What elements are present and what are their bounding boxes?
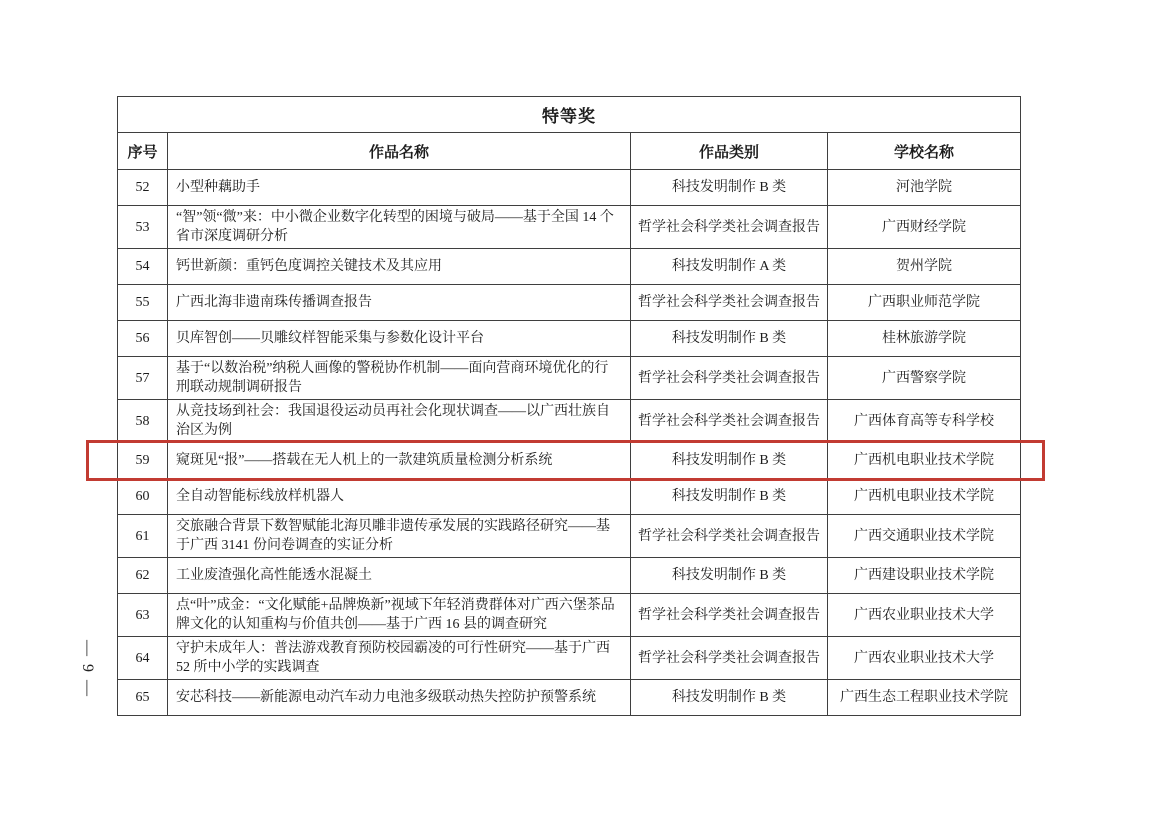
table-row: 61交旅融合背景下数智赋能北海贝雕非遗传承发展的实践路径研究——基于广西 314… <box>118 515 1021 558</box>
cell-category: 科技发明制作 B 类 <box>631 443 828 479</box>
cell-no: 59 <box>118 443 168 479</box>
cell-school: 广西交通职业技术学院 <box>828 515 1021 558</box>
cell-school: 广西机电职业技术学院 <box>828 479 1021 515</box>
cell-category: 科技发明制作 B 类 <box>631 558 828 594</box>
cell-no: 58 <box>118 400 168 443</box>
table-title: 特等奖 <box>118 97 1021 133</box>
cell-title: 广西北海非遗南珠传播调查报告 <box>168 285 631 321</box>
cell-category: 科技发明制作 B 类 <box>631 479 828 515</box>
cell-school: 广西建设职业技术学院 <box>828 558 1021 594</box>
cell-school: 广西生态工程职业技术学院 <box>828 680 1021 716</box>
cell-school: 广西职业师范学院 <box>828 285 1021 321</box>
column-header-title: 作品名称 <box>168 133 631 170</box>
cell-category: 科技发明制作 A 类 <box>631 249 828 285</box>
cell-title: 钙世新颜：重钙色度调控关键技术及其应用 <box>168 249 631 285</box>
cell-title: 贝库智创——贝雕纹样智能采集与参数化设计平台 <box>168 321 631 357</box>
cell-category: 哲学社会科学类社会调查报告 <box>631 357 828 400</box>
table-row: 54钙世新颜：重钙色度调控关键技术及其应用科技发明制作 A 类贺州学院 <box>118 249 1021 285</box>
side-page-number: — 9 — <box>74 624 96 714</box>
cell-school: 桂林旅游学院 <box>828 321 1021 357</box>
table-row: 59窥斑见“报”——搭载在无人机上的一款建筑质量检测分析系统科技发明制作 B 类… <box>118 443 1021 479</box>
cell-title: 小型种藕助手 <box>168 170 631 206</box>
cell-title: 基于“以数治税”纳税人画像的警税协作机制——面向营商环境优化的行刑联动规制调研报… <box>168 357 631 400</box>
table-row: 57基于“以数治税”纳税人画像的警税协作机制——面向营商环境优化的行刑联动规制调… <box>118 357 1021 400</box>
cell-no: 61 <box>118 515 168 558</box>
cell-title: 从竞技场到社会：我国退役运动员再社会化现状调查——以广西壮族自治区为例 <box>168 400 631 443</box>
table-row: 64守护未成年人：普法游戏教育预防校园霸凌的可行性研究——基于广西 52 所中小… <box>118 637 1021 680</box>
cell-no: 62 <box>118 558 168 594</box>
cell-school: 贺州学院 <box>828 249 1021 285</box>
column-header-serial: 序号 <box>118 133 168 170</box>
cell-no: 52 <box>118 170 168 206</box>
table-title-row: 特等奖 <box>118 97 1021 133</box>
table-header-row: 序号 作品名称 作品类别 学校名称 <box>118 133 1021 170</box>
cell-category: 哲学社会科学类社会调查报告 <box>631 206 828 249</box>
cell-no: 55 <box>118 285 168 321</box>
table-row: 56贝库智创——贝雕纹样智能采集与参数化设计平台科技发明制作 B 类桂林旅游学院 <box>118 321 1021 357</box>
cell-category: 科技发明制作 B 类 <box>631 170 828 206</box>
cell-category: 科技发明制作 B 类 <box>631 680 828 716</box>
table-row: 55广西北海非遗南珠传播调查报告哲学社会科学类社会调查报告广西职业师范学院 <box>118 285 1021 321</box>
cell-title: 守护未成年人：普法游戏教育预防校园霸凌的可行性研究——基于广西 52 所中小学的… <box>168 637 631 680</box>
cell-title: 安芯科技——新能源电动汽车动力电池多级联动热失控防护预警系统 <box>168 680 631 716</box>
cell-title: “智”领“微”来：中小微企业数字化转型的困境与破局——基于全国 14 个省市深度… <box>168 206 631 249</box>
cell-school: 广西体育高等专科学校 <box>828 400 1021 443</box>
cell-no: 53 <box>118 206 168 249</box>
table-row: 62工业废渣强化高性能透水混凝土科技发明制作 B 类广西建设职业技术学院 <box>118 558 1021 594</box>
table-row: 60全自动智能标线放样机器人科技发明制作 B 类广西机电职业技术学院 <box>118 479 1021 515</box>
document-page: — 9 — 特等奖 序号 作品名称 作品类别 学校名称 52小型种藕助手科技发明… <box>0 0 1157 818</box>
cell-title: 窥斑见“报”——搭载在无人机上的一款建筑质量检测分析系统 <box>168 443 631 479</box>
table-row: 58从竞技场到社会：我国退役运动员再社会化现状调查——以广西壮族自治区为例哲学社… <box>118 400 1021 443</box>
cell-no: 57 <box>118 357 168 400</box>
cell-school: 广西财经学院 <box>828 206 1021 249</box>
cell-category: 哲学社会科学类社会调查报告 <box>631 637 828 680</box>
cell-title: 点“叶”成金：“文化赋能+品牌焕新”视域下年轻消费群体对广西六堡茶品牌文化的认知… <box>168 594 631 637</box>
cell-no: 60 <box>118 479 168 515</box>
cell-no: 54 <box>118 249 168 285</box>
cell-no: 64 <box>118 637 168 680</box>
cell-title: 全自动智能标线放样机器人 <box>168 479 631 515</box>
cell-school: 广西机电职业技术学院 <box>828 443 1021 479</box>
award-table: 特等奖 序号 作品名称 作品类别 学校名称 52小型种藕助手科技发明制作 B 类… <box>117 96 1021 716</box>
cell-school: 广西农业职业技术大学 <box>828 594 1021 637</box>
cell-no: 65 <box>118 680 168 716</box>
cell-category: 哲学社会科学类社会调查报告 <box>631 594 828 637</box>
cell-title: 工业废渣强化高性能透水混凝土 <box>168 558 631 594</box>
table-row: 53“智”领“微”来：中小微企业数字化转型的困境与破局——基于全国 14 个省市… <box>118 206 1021 249</box>
cell-school: 广西警察学院 <box>828 357 1021 400</box>
cell-school: 河池学院 <box>828 170 1021 206</box>
cell-title: 交旅融合背景下数智赋能北海贝雕非遗传承发展的实践路径研究——基于广西 3141 … <box>168 515 631 558</box>
cell-category: 哲学社会科学类社会调查报告 <box>631 285 828 321</box>
cell-category: 哲学社会科学类社会调查报告 <box>631 400 828 443</box>
cell-category: 科技发明制作 B 类 <box>631 321 828 357</box>
column-header-category: 作品类别 <box>631 133 828 170</box>
table-body: 52小型种藕助手科技发明制作 B 类河池学院53“智”领“微”来：中小微企业数字… <box>118 170 1021 716</box>
table-row: 63点“叶”成金：“文化赋能+品牌焕新”视域下年轻消费群体对广西六堡茶品牌文化的… <box>118 594 1021 637</box>
cell-no: 56 <box>118 321 168 357</box>
table-row: 65安芯科技——新能源电动汽车动力电池多级联动热失控防护预警系统科技发明制作 B… <box>118 680 1021 716</box>
cell-school: 广西农业职业技术大学 <box>828 637 1021 680</box>
column-header-school: 学校名称 <box>828 133 1021 170</box>
cell-category: 哲学社会科学类社会调查报告 <box>631 515 828 558</box>
table-row: 52小型种藕助手科技发明制作 B 类河池学院 <box>118 170 1021 206</box>
cell-no: 63 <box>118 594 168 637</box>
